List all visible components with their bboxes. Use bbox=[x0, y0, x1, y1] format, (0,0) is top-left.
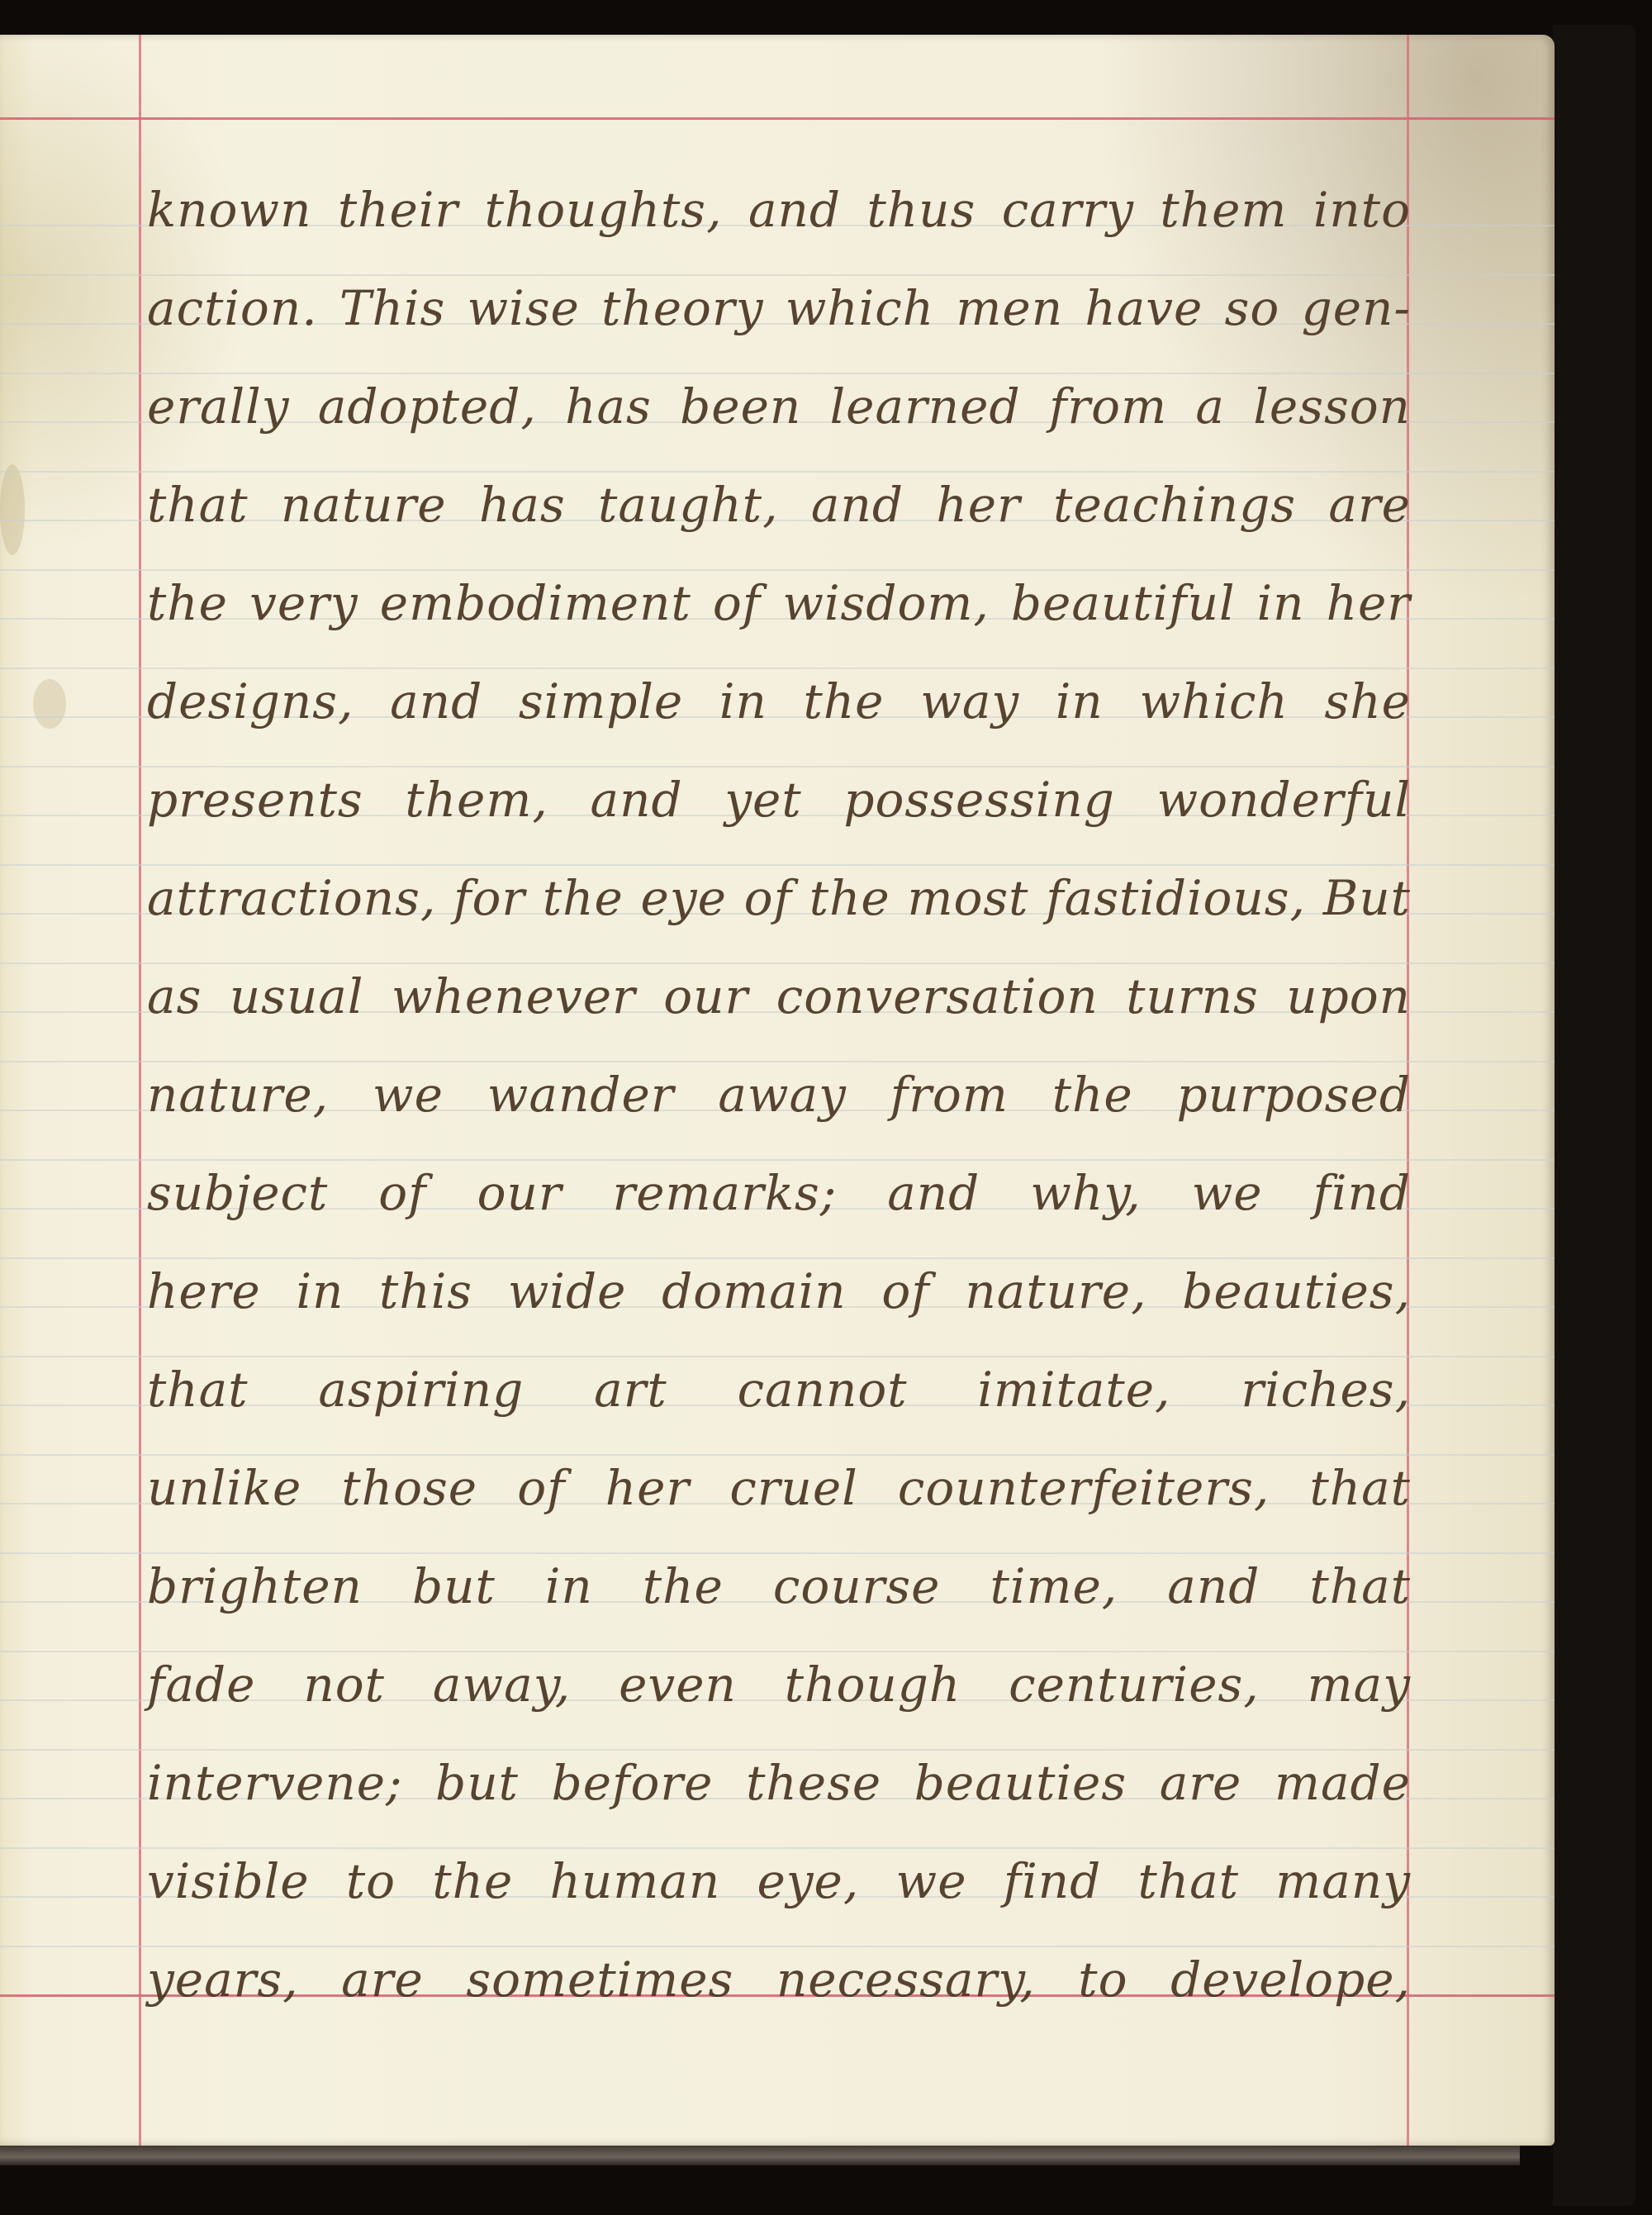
text-line: attractions, for the eye of the most fas… bbox=[147, 865, 1411, 931]
text-line: years, are sometimes necessary, to devel… bbox=[147, 1946, 1411, 2013]
text-line: unlike those of her cruel counterfeiters… bbox=[147, 1455, 1411, 1521]
text-line: action. This wise theory which men have … bbox=[147, 275, 1411, 341]
stain bbox=[0, 464, 25, 555]
stain bbox=[33, 679, 66, 729]
left-margin-line bbox=[139, 35, 141, 2146]
text-line: that aspiring art cannot imitate, riches… bbox=[147, 1357, 1411, 1423]
text-line: designs, and simple in the way in which … bbox=[147, 668, 1411, 734]
book-cover bbox=[1553, 25, 1635, 2206]
text-line: brighten but in the course time, and tha… bbox=[147, 1553, 1411, 1619]
text-line: intervene; but before these beauties are… bbox=[147, 1750, 1411, 1816]
text-line: here in this wide domain of nature, beau… bbox=[147, 1258, 1411, 1324]
text-line: that nature has taught, and her teaching… bbox=[147, 472, 1411, 538]
text-line: visible to the human eye, we find that m… bbox=[147, 1848, 1411, 1914]
page-edges bbox=[0, 2144, 1520, 2165]
handwritten-text: known their thoughts, and thus carry the… bbox=[147, 35, 1411, 2146]
text-line: erally adopted, has been learned from a … bbox=[147, 373, 1411, 440]
text-line: nature, we wander away from the purposed bbox=[147, 1062, 1411, 1128]
text-line: presents them, and yet possessing wonder… bbox=[147, 767, 1411, 833]
text-line: the very embodiment of wisdom, beautiful… bbox=[147, 570, 1411, 636]
text-line: fade not away, even though centuries, ma… bbox=[147, 1652, 1411, 1718]
text-line: subject of our remarks; and why, we find bbox=[147, 1160, 1411, 1226]
manuscript-page: known their thoughts, and thus carry the… bbox=[0, 35, 1555, 2146]
text-line: known their thoughts, and thus carry the… bbox=[147, 177, 1411, 243]
text-line: as usual whenever our conversation turns… bbox=[147, 963, 1411, 1029]
